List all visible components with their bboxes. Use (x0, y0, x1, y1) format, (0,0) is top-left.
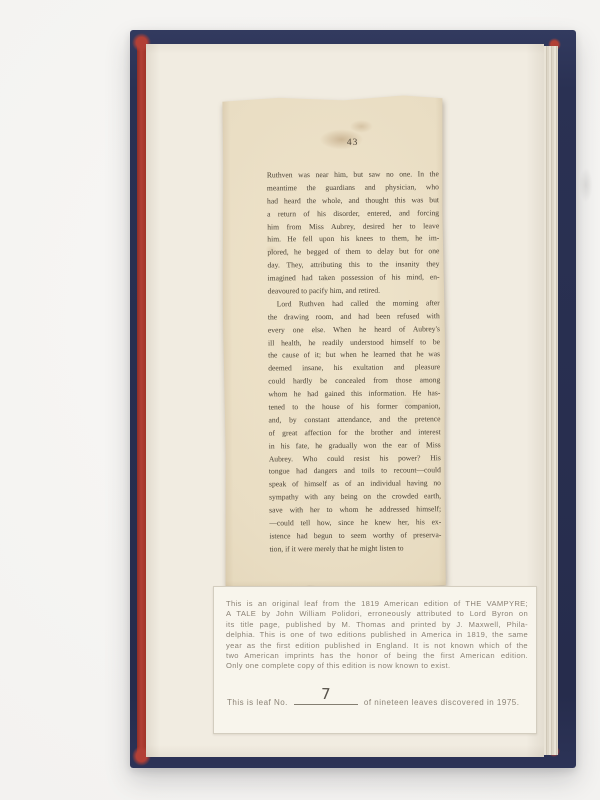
collector-label: This is an original leaf from the 1819 A… (213, 586, 537, 734)
book-cover: 43 Ruthven was near him, but saw no one.… (130, 30, 576, 768)
leaf-text-line: Lord Ruthven had called the morning afte… (268, 297, 440, 311)
caption-line: its title page, published by M. Thomas a… (226, 620, 528, 630)
tipped-in-leaf-wrap: 43 Ruthven was near him, but saw no one.… (223, 96, 445, 590)
leaf-text-line: sympathy with any being on the crowded e… (269, 491, 441, 505)
leaf-text-line: tion, if it were merely that he might li… (269, 542, 441, 556)
leaf-number-prefix: This is leaf No. (227, 698, 288, 707)
leaf-text-line: Ruthven was near him, but saw no one. In… (267, 168, 439, 182)
leaf-text-line: Aubrey. Who could resist his power? His (269, 452, 441, 466)
leaf-text-line: day. They, attributing this to the insan… (267, 258, 439, 272)
leaf-text-line: the cause of it; but when he learned tha… (268, 349, 440, 363)
leaf-text-line: had heard the whole, and thought this wa… (267, 194, 439, 208)
leaf-text-line: deemed insane, his exultation and pleasu… (268, 362, 440, 376)
leaf-text-line: plored, he begged of them to delay but f… (267, 246, 439, 260)
leaf-text-line: speak of himself as of an individual hav… (269, 478, 441, 492)
mount-page: 43 Ruthven was near him, but saw no one.… (146, 44, 544, 757)
leaf-text-line: the drawing room, and had been refused w… (268, 310, 440, 324)
leaf-text-line: istence had begun to seem worthy of pres… (269, 529, 441, 543)
leaf-text-line: of great affection for the brother and i… (269, 426, 441, 440)
leaf-text-line: every one else. When he heard of Aubrey'… (268, 323, 440, 337)
red-endpaper-edge (137, 45, 146, 757)
caption-line: Only one complete copy of this edition i… (226, 661, 528, 671)
leaf-text-line: in his fate, he gradually won the ear of… (269, 439, 441, 453)
caption-line: two American imprints has the honor of b… (226, 651, 528, 661)
leaf-text-line: him. He fell upon his knees to them, he … (267, 233, 439, 247)
leaf-text-line: a return of his disorder, entered, and f… (267, 207, 439, 221)
background-smudge (577, 162, 595, 208)
leaf-text-line: —could tell how, since he knew her, his … (269, 516, 441, 530)
caption-text: This is an original leaf from the 1819 A… (226, 599, 528, 672)
caption-line: year as the first edition published in E… (226, 641, 528, 651)
leaf-text-line: save with her to whom he addressed himse… (269, 503, 441, 517)
leaf-page-number: 43 (267, 137, 439, 148)
leaf-text-line: ill health, he readily understood himsel… (268, 336, 440, 350)
leaf-text-line: him from Miss Aubrey, desired her to lea… (267, 220, 439, 234)
leaf-text-line: could hardly be concealed from those amo… (268, 375, 440, 389)
tipped-in-leaf: 43 Ruthven was near him, but saw no one.… (221, 95, 446, 591)
leaf-text-line: meantime the guardians and physician, wh… (267, 181, 439, 195)
leaf-number-value: 7 (321, 685, 332, 703)
leaf-number-line: This is leaf No.7of nineteen leaves disc… (227, 695, 527, 719)
caption-line: A TALE by John William Polidori, erroneo… (226, 609, 528, 619)
caption-line: delphia. This is one of two editions pub… (226, 630, 528, 640)
page-fore-edge (544, 46, 558, 755)
leaf-text-line: imagined had taken possession of his min… (268, 271, 440, 285)
leaf-text-block: Ruthven was near him, but saw no one. In… (267, 168, 442, 556)
leaf-number-suffix: of nineteen leaves discovered in 1975. (364, 698, 520, 707)
caption-line: This is an original leaf from the 1819 A… (226, 599, 528, 609)
leaf-text-line: deavoured to pacify him, and retired. (268, 284, 440, 298)
leaf-text-line: whom he had gained this information. He … (268, 387, 440, 401)
leaf-number-blank: 7 (294, 695, 358, 705)
leaf-text-line: and, by constant attendance, and the pre… (268, 413, 440, 427)
leaf-text-line: tongue had dangers and toils to recount—… (269, 465, 441, 479)
leaf-text-line: tened to the house of his former compani… (268, 400, 440, 414)
